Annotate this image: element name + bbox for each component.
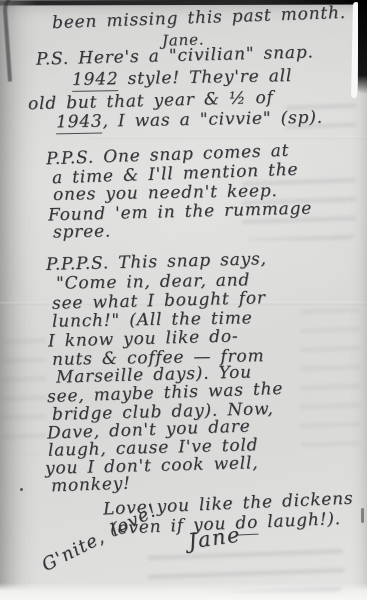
diagonal-goodnight-note: G'nite, love!	[39, 501, 161, 576]
line-6-rest: , I was a "civvie" (sp).	[102, 108, 323, 132]
letter-line-11: spree.	[53, 221, 111, 242]
line-26-end: laugh!).	[258, 509, 342, 533]
scanned-letter-page: been missing this past month. Jane. P.S.…	[0, 0, 367, 600]
line-4-rest: style! They're all	[118, 66, 292, 89]
underlined-year-1943: 1943	[56, 112, 103, 135]
letter-body: been missing this past month. Jane. P.S.…	[0, 0, 367, 600]
letter-line-4: 1942 style! They're all	[72, 66, 293, 90]
letter-line-24: monkey!	[51, 474, 131, 497]
signature-jane: Jane	[187, 524, 242, 551]
underlined-year-1942: 1942	[72, 69, 119, 92]
letter-line-6: 1943, I was a "civvie" (sp).	[56, 108, 323, 133]
